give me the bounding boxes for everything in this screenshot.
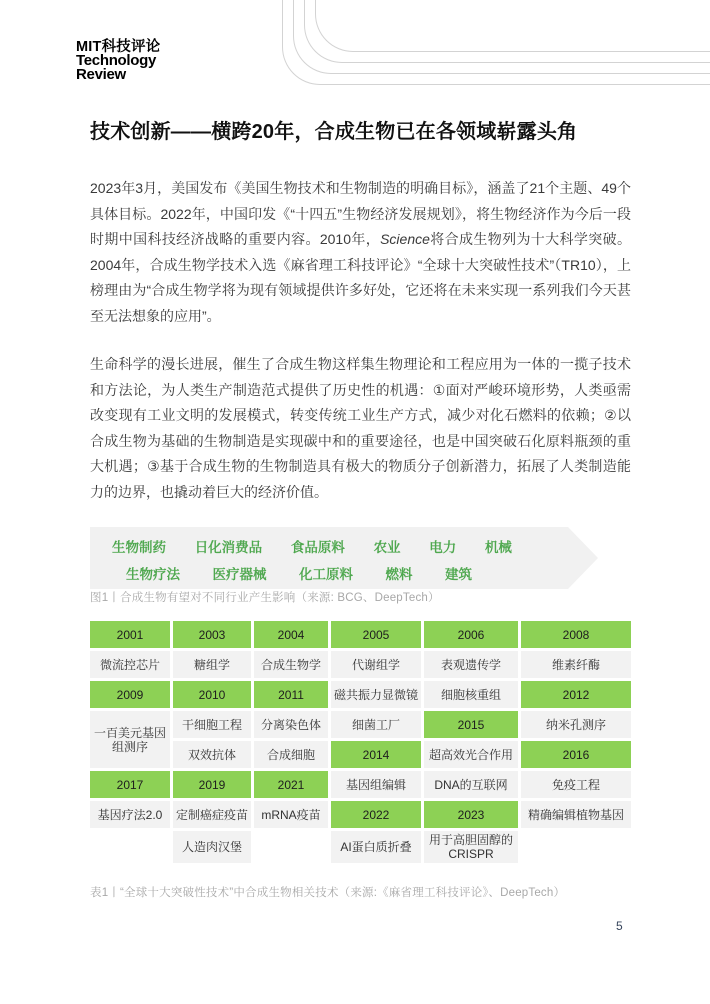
- table1-caption: 表1丨“全球十大突破性技术”中合成生物相关技术（来源:《麻省理工科技评论》、De…: [90, 884, 635, 900]
- industry-label: 电力: [429, 536, 456, 556]
- journal-name-italic: Science: [380, 231, 430, 247]
- empty-cell: [521, 831, 631, 863]
- table-row: 双效抗体合成细胞2014超高效光合作用2016: [90, 741, 631, 768]
- year-cell: 2019: [173, 771, 251, 798]
- year-cell: 2006: [424, 621, 518, 648]
- technology-cell: 磁共振力显微镜: [331, 681, 421, 708]
- mit-technology-review-logo: MIT科技评论 Technology Review: [76, 40, 160, 82]
- technology-cell: 双效抗体: [173, 741, 251, 768]
- year-cell: 2023: [424, 801, 518, 828]
- table-row: 200120032004200520062008: [90, 621, 631, 648]
- year-cell: 2010: [173, 681, 251, 708]
- industry-arrow-banner: 生物制药日化消费品食品原料农业电力机械 生物疗法医疗器械化工原料燃料建筑: [90, 527, 598, 589]
- technology-cell: 糖组学: [173, 651, 251, 678]
- year-cell: 2005: [331, 621, 421, 648]
- technology-cell: 基因组编辑: [331, 771, 421, 798]
- technology-cell: 用于高胆固醇的CRISPR: [424, 831, 518, 863]
- industry-label: 建筑: [445, 563, 472, 583]
- figure1-caption: 图1丨合成生物有望对不同行业产生影响（来源: BCG、DeepTech）: [90, 589, 440, 605]
- year-cell: 2014: [331, 741, 421, 768]
- technology-cell: 纳米孔测序: [521, 711, 631, 738]
- industry-label: 食品原料: [291, 536, 345, 556]
- year-cell: 2008: [521, 621, 631, 648]
- industry-label: 医疗器械: [213, 563, 267, 583]
- industry-label: 生物制药: [112, 536, 166, 556]
- document-page: MIT科技评论 Technology Review 技术创新——横跨20年，合成…: [0, 0, 710, 1004]
- industry-label: 生物疗法: [126, 563, 180, 583]
- year-cell: 2022: [331, 801, 421, 828]
- paragraph-1: 2023年3月，美国发布《美国生物技术和生物制造的明确目标》，涵盖了21个主题、…: [90, 176, 631, 329]
- technology-cell: 基因疗法2.0: [90, 801, 170, 828]
- technology-cell: 超高效光合作用: [424, 741, 518, 768]
- table-row: 一百美元基因组测序干细胞工程分离染色体细菌工厂2015纳米孔测序: [90, 711, 631, 738]
- table-row: 200920102011磁共振力显微镜细胞核重组2012: [90, 681, 631, 708]
- year-cell: 2021: [254, 771, 328, 798]
- table-row: 201720192021基因组编辑DNA的互联网免疫工程: [90, 771, 631, 798]
- technology-cell: 分离染色体: [254, 711, 328, 738]
- industry-label: 燃料: [386, 563, 413, 583]
- technology-cell: 合成细胞: [254, 741, 328, 768]
- year-cell: 2001: [90, 621, 170, 648]
- logo-line-review: Review: [76, 68, 160, 82]
- industry-label: 机械: [485, 536, 512, 556]
- table-row: 微流控芯片糖组学合成生物学代谢组学表观遗传学维素纤酶: [90, 651, 631, 678]
- technology-cell: 免疫工程: [521, 771, 631, 798]
- ring-outline: [282, 0, 710, 85]
- breakthrough-tech-table: 200120032004200520062008微流控芯片糖组学合成生物学代谢组…: [87, 618, 634, 866]
- table-row: 基因疗法2.0定制癌症疫苗mRNA疫苗20222023精确编辑植物基因: [90, 801, 631, 828]
- ring-outline: [304, 0, 710, 63]
- technology-cell: 细菌工厂: [331, 711, 421, 738]
- technology-cell: 表观遗传学: [424, 651, 518, 678]
- technology-cell: mRNA疫苗: [254, 801, 328, 828]
- section-heading: 技术创新——横跨20年，合成生物已在各领域崭露头角: [90, 115, 635, 144]
- year-cell: 2015: [424, 711, 518, 738]
- empty-cell: [254, 831, 328, 863]
- technology-cell: 干细胞工程: [173, 711, 251, 738]
- industry-row-2: 生物疗法医疗器械化工原料燃料建筑: [90, 556, 598, 583]
- technology-cell: 合成生物学: [254, 651, 328, 678]
- industry-row-1: 生物制药日化消费品食品原料农业电力机械: [90, 527, 598, 556]
- technology-cell: 一百美元基因组测序: [90, 711, 170, 768]
- year-cell: 2011: [254, 681, 328, 708]
- table-row: 人造肉汉堡AI蛋白质折叠用于高胆固醇的CRISPR: [90, 831, 631, 863]
- ring-outline: [315, 0, 710, 52]
- paragraph-2: 生命科学的漫长进展，催生了合成生物这样集生物理论和工程应用为一体的一揽子技术和方…: [90, 352, 631, 505]
- industry-label: 化工原料: [299, 563, 353, 583]
- year-cell: 2009: [90, 681, 170, 708]
- technology-cell: 精确编辑植物基因: [521, 801, 631, 828]
- page-number: 5: [616, 919, 623, 933]
- technology-cell: 细胞核重组: [424, 681, 518, 708]
- ring-outline: [293, 0, 710, 74]
- technology-cell: AI蛋白质折叠: [331, 831, 421, 863]
- year-cell: 2012: [521, 681, 631, 708]
- technology-cell: 人造肉汉堡: [173, 831, 251, 863]
- year-cell: 2004: [254, 621, 328, 648]
- industry-label: 日化消费品: [195, 536, 263, 556]
- technology-cell: 维素纤酶: [521, 651, 631, 678]
- year-cell: 2003: [173, 621, 251, 648]
- technology-cell: 微流控芯片: [90, 651, 170, 678]
- technology-cell: DNA的互联网: [424, 771, 518, 798]
- year-cell: 2017: [90, 771, 170, 798]
- industry-label: 农业: [374, 536, 401, 556]
- technology-cell: 代谢组学: [331, 651, 421, 678]
- technology-cell: 定制癌症疫苗: [173, 801, 251, 828]
- empty-cell: [90, 831, 170, 863]
- year-cell: 2016: [521, 741, 631, 768]
